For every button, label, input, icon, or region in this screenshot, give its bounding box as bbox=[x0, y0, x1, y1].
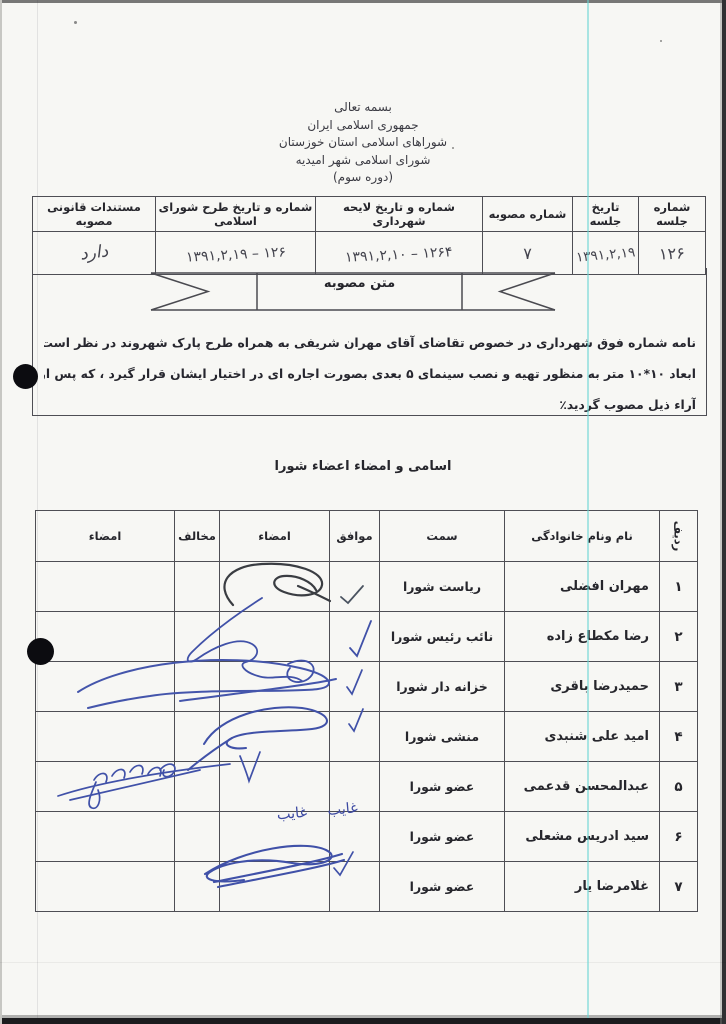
opposed-cell bbox=[175, 812, 220, 862]
header-row-number: ردیف bbox=[671, 521, 685, 552]
header-legal-docs: مستندات قانونی مصوبه bbox=[33, 197, 156, 232]
header-full-name: نام ونام خانوادگی bbox=[505, 511, 660, 562]
signature-cell bbox=[220, 712, 330, 762]
signature-cell-2 bbox=[36, 862, 175, 912]
scan-edge-top bbox=[0, 0, 726, 3]
letterhead-line-province-councils: شوراهای اسلامی استان خوزستان bbox=[0, 134, 726, 152]
resolution-text: نامه شماره فوق شهرداری در خصوص تقاضای آق… bbox=[44, 328, 696, 421]
header-agree: موافق bbox=[330, 511, 380, 562]
header-session-date: تاریخ جلسه bbox=[573, 197, 639, 232]
member-position: عضو شورا bbox=[380, 762, 505, 812]
scanned-council-resolution-page: بسمه تعالی جمهوری اسلامی ایران شوراهای ا… bbox=[0, 0, 726, 1024]
opposed-cell bbox=[175, 712, 220, 762]
member-row: ۶ سید ادریس مشعلی عضو شورا bbox=[36, 812, 698, 862]
member-no: ۴ bbox=[660, 712, 698, 762]
opposed-cell bbox=[175, 862, 220, 912]
member-position: ریاست شورا bbox=[380, 562, 505, 612]
letterhead-line-term: (دوره سوم) bbox=[0, 169, 726, 187]
signature-cell-2 bbox=[36, 712, 175, 762]
member-name: غلامرضا یار bbox=[505, 862, 660, 912]
signature-table-header-row: ردیف نام ونام خانوادگی سمت موافق امضاء م… bbox=[36, 511, 698, 562]
member-position: منشی شورا bbox=[380, 712, 505, 762]
agree-cell bbox=[330, 612, 380, 662]
member-row: ۷ غلامرضا یار عضو شورا bbox=[36, 862, 698, 912]
signature-cell bbox=[220, 612, 330, 662]
letterhead-line-city-council: شورای اسلامی شهر امیدیه bbox=[0, 152, 726, 170]
header-opposed: مخالف bbox=[175, 511, 220, 562]
resolution-line-2: ابعاد ۱۰*۱۰ متر به منظور تهیه و نصب سینم… bbox=[44, 359, 696, 390]
agree-cell bbox=[330, 662, 380, 712]
member-no: ۱ bbox=[660, 562, 698, 612]
member-no: ۶ bbox=[660, 812, 698, 862]
value-legal-docs: دارد bbox=[79, 241, 109, 264]
member-name: سید ادریس مشعلی bbox=[505, 812, 660, 862]
resolution-info-table: شماره جلسه تاریخ جلسه شماره مصوبه شماره … bbox=[32, 196, 706, 275]
opposed-cell bbox=[175, 562, 220, 612]
value-session-no: ۱۲۶ bbox=[659, 243, 686, 263]
member-no: ۵ bbox=[660, 762, 698, 812]
header-signature: امضاء bbox=[220, 511, 330, 562]
info-table-header-row: شماره جلسه تاریخ جلسه شماره مصوبه شماره … bbox=[33, 197, 706, 232]
signature-cell bbox=[220, 862, 330, 912]
scan-edge-bottom-soft bbox=[0, 1015, 726, 1018]
agree-cell bbox=[330, 712, 380, 762]
member-name: مهران افضلی bbox=[505, 562, 660, 612]
opposed-cell bbox=[175, 662, 220, 712]
resolution-banner-title: متن مصوبه bbox=[257, 276, 462, 291]
members-signature-table: ردیف نام ونام خانوادگی سمت موافق امضاء م… bbox=[35, 510, 698, 912]
punch-hole bbox=[27, 638, 54, 665]
member-name: امید علی شنبدی bbox=[505, 712, 660, 762]
punch-hole bbox=[13, 364, 38, 389]
member-position: عضو شورا bbox=[380, 812, 505, 862]
member-no: ۲ bbox=[660, 612, 698, 662]
value-municipality-bill: ۱۳۹۱,۲,۱۰ – ۱۲۶۴ bbox=[345, 244, 453, 266]
member-row: ۱ مهران افضلی ریاست شورا bbox=[36, 562, 698, 612]
member-name: عبدالمحسن قدعمی bbox=[505, 762, 660, 812]
agree-cell bbox=[330, 562, 380, 612]
member-position: خزانه دار شورا bbox=[380, 662, 505, 712]
member-row: ۴ امید علی شنبدی منشی شورا bbox=[36, 712, 698, 762]
header-council-plan: شماره و تاریخ طرح شورای اسلامی bbox=[156, 197, 316, 232]
resolution-banner-ribbon bbox=[148, 268, 558, 314]
agree-cell bbox=[330, 812, 380, 862]
members-section-title: اسامی و امضاء اعضاء شورا bbox=[0, 459, 726, 474]
member-row: ۵ عبدالمحسن قدعمی عضو شورا bbox=[36, 762, 698, 812]
agree-cell bbox=[330, 862, 380, 912]
member-row: ۳ حمیدرضا باقری خزانه دار شورا bbox=[36, 662, 698, 712]
scan-edge-bottom bbox=[0, 1018, 726, 1024]
value-session-date: ۱۳۹۱,۲,۱۹ bbox=[575, 244, 636, 265]
header-signature-2: امضاء bbox=[36, 511, 175, 562]
opposed-cell bbox=[175, 762, 220, 812]
value-resolution-no: ۷ bbox=[523, 244, 532, 263]
member-no: ۷ bbox=[660, 862, 698, 912]
member-position: عضو شورا bbox=[380, 862, 505, 912]
signature-cell bbox=[220, 562, 330, 612]
header-position: سمت bbox=[380, 511, 505, 562]
signature-cell-2 bbox=[36, 562, 175, 612]
signature-cell-2 bbox=[36, 662, 175, 712]
resolution-line-1: نامه شماره فوق شهرداری در خصوص تقاضای آق… bbox=[44, 328, 696, 359]
member-position: نائب رئیس شورا bbox=[380, 612, 505, 662]
dust-speck bbox=[74, 21, 77, 24]
signature-cell-2 bbox=[36, 812, 175, 862]
header-session-no: شماره جلسه bbox=[639, 197, 706, 232]
signature-cell-2 bbox=[36, 612, 175, 662]
member-no: ۳ bbox=[660, 662, 698, 712]
member-name: رضا مکطاع زاده bbox=[505, 612, 660, 662]
letterhead-line-besmeh: بسمه تعالی bbox=[0, 99, 726, 117]
ribbon-left-notch bbox=[151, 273, 208, 310]
member-row: ۲ رضا مکطاع زاده نائب رئیس شورا bbox=[36, 612, 698, 662]
letterhead: بسمه تعالی جمهوری اسلامی ایران شوراهای ا… bbox=[0, 99, 726, 187]
header-municipality-bill: شماره و تاریخ لایحه شهرداری bbox=[316, 197, 483, 232]
value-council-plan: ۱۳۹۱,۲,۱۹ – ۱۲۶ bbox=[185, 244, 286, 265]
opposed-cell bbox=[175, 612, 220, 662]
signature-cell-2 bbox=[36, 762, 175, 812]
signature-cell bbox=[220, 662, 330, 712]
header-resolution-no: شماره مصوبه bbox=[483, 197, 573, 232]
paper-fold-line-bottom bbox=[0, 962, 726, 963]
scanner-streak-line bbox=[587, 0, 589, 1018]
dust-speck bbox=[660, 40, 662, 42]
member-name: حمیدرضا باقری bbox=[505, 662, 660, 712]
ribbon-right-notch bbox=[500, 273, 555, 310]
letterhead-line-republic: جمهوری اسلامی ایران bbox=[0, 117, 726, 135]
resolution-line-3: آراء ذیل مصوب گردید٪ bbox=[44, 390, 696, 421]
